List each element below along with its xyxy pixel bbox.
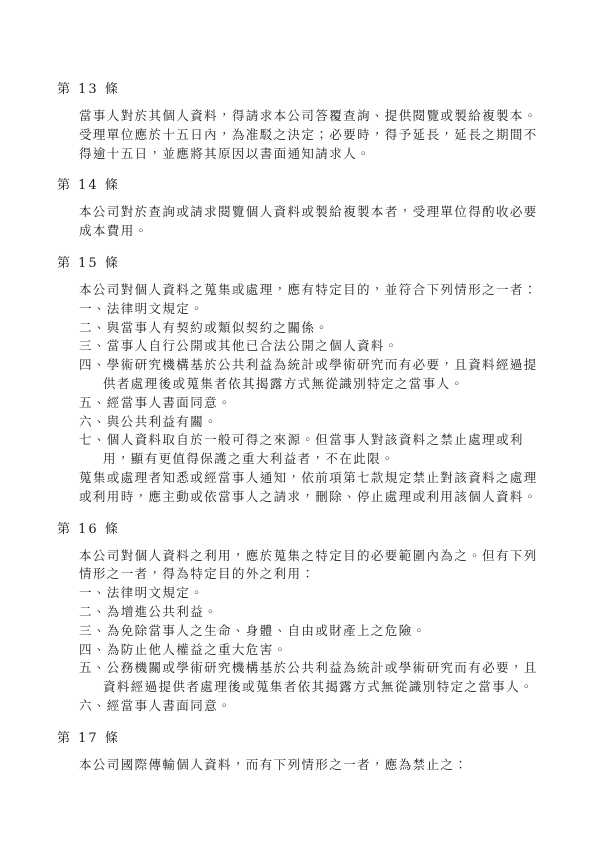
text-line: 受理單位應於十五日內，為准駁之決定；必要時，得予延長，延長之期間不: [79, 126, 538, 145]
list-item-line: 一、法律明文規定。: [79, 300, 538, 319]
list-item-line: 六、經當事人書面同意。: [79, 697, 538, 716]
text-line: 或利用時，應主動或依當事人之請求，刪除、停止處理或利用該個人資料。: [79, 488, 538, 507]
text-line: 本公司對個人資料之利用，應於蒐集之特定目的必要範圍內為之。但有下列: [79, 547, 538, 566]
article-16: 第 16 條 本公司對個人資料之利用，應於蒐集之特定目的必要範圍內為之。但有下列…: [57, 520, 538, 716]
list-item-line: 三、為免除當事人之生命、身體、自由或財產上之危險。: [79, 622, 538, 641]
text-line: 本公司國際傳輸個人資料，而有下列情形之一者，應為禁止之：: [79, 756, 538, 775]
document-page: 第 13 條 當事人對於其個人資料，得請求本公司答覆查詢、提供閱覽或製給複製本。…: [0, 0, 595, 842]
article-13: 第 13 條 當事人對於其個人資料，得請求本公司答覆查詢、提供閱覽或製給複製本。…: [57, 80, 538, 163]
article-body: 本公司對於查詢或請求閱覽個人資料或製給複製本者，受理單位得酌收必要 成本費用。: [79, 203, 538, 241]
article-17: 第 17 條 本公司國際傳輸個人資料，而有下列情形之一者，應為禁止之：: [57, 729, 538, 775]
list-item-line: 七、個人資料取自於一般可得之來源。但當事人對該資料之禁止處理或利: [79, 431, 538, 450]
list-item-line: 二、為增進公共利益。: [79, 603, 538, 622]
text-line: 成本費用。: [79, 222, 538, 241]
article-body: 當事人對於其個人資料，得請求本公司答覆查詢、提供閱覽或製給複製本。 受理單位應於…: [79, 107, 538, 163]
article-heading: 第 13 條: [57, 80, 538, 99]
text-line: 得逾十五日，並應將其原因以書面通知請求人。: [79, 145, 538, 164]
article-heading: 第 14 條: [57, 176, 538, 195]
list-item-continuation-line: 供者處理後或蒐集者依其揭露方式無從識別特定之當事人。: [79, 375, 538, 394]
list-item-line: 五、公務機關或學術研究機構基於公共利益為統計或學術研究而有必要，且: [79, 659, 538, 678]
list-item-continuation-line: 資料經過提供者處理後或蒐集者依其揭露方式無從識別特定之當事人。: [79, 678, 538, 697]
article-heading: 第 16 條: [57, 520, 538, 539]
text-line: 當事人對於其個人資料，得請求本公司答覆查詢、提供閱覽或製給複製本。: [79, 107, 538, 126]
list-item-line: 五、經當事人書面同意。: [79, 394, 538, 413]
article-body: 本公司國際傳輸個人資料，而有下列情形之一者，應為禁止之：: [79, 756, 538, 775]
list-item-continuation-line: 用，顯有更值得保護之重大利益者，不在此限。: [79, 450, 538, 469]
article-heading: 第 15 條: [57, 254, 538, 273]
article-body: 本公司對個人資料之利用，應於蒐集之特定目的必要範圍內為之。但有下列 情形之一者，…: [79, 547, 538, 716]
article-body: 本公司對個人資料之蒐集或處理，應有特定目的，並符合下列情形之一者： 一、法律明文…: [79, 281, 538, 507]
list-item-line: 三、當事人自行公開或其他已合法公開之個人資料。: [79, 337, 538, 356]
list-item-line: 六、與公共利益有關。: [79, 413, 538, 432]
article-heading: 第 17 條: [57, 729, 538, 748]
list-item-line: 二、與當事人有契約或類似契約之關係。: [79, 319, 538, 338]
text-line: 情形之一者，得為特定目的外之利用：: [79, 565, 538, 584]
article-14: 第 14 條 本公司對於查詢或請求閱覽個人資料或製給複製本者，受理單位得酌收必要…: [57, 176, 538, 241]
article-15: 第 15 條 本公司對個人資料之蒐集或處理，應有特定目的，並符合下列情形之一者：…: [57, 254, 538, 507]
list-item-line: 一、法律明文規定。: [79, 584, 538, 603]
list-item-line: 四、學術研究機構基於公共利益為統計或學術研究而有必要，且資料經過提: [79, 356, 538, 375]
text-line: 本公司對個人資料之蒐集或處理，應有特定目的，並符合下列情形之一者：: [79, 281, 538, 300]
list-item-line: 四、為防止他人權益之重大危害。: [79, 641, 538, 660]
text-line: 本公司對於查詢或請求閱覽個人資料或製給複製本者，受理單位得酌收必要: [79, 203, 538, 222]
text-line: 蒐集或處理者知悉或經當事人通知，依前項第七款規定禁止對該資料之處理: [79, 469, 538, 488]
